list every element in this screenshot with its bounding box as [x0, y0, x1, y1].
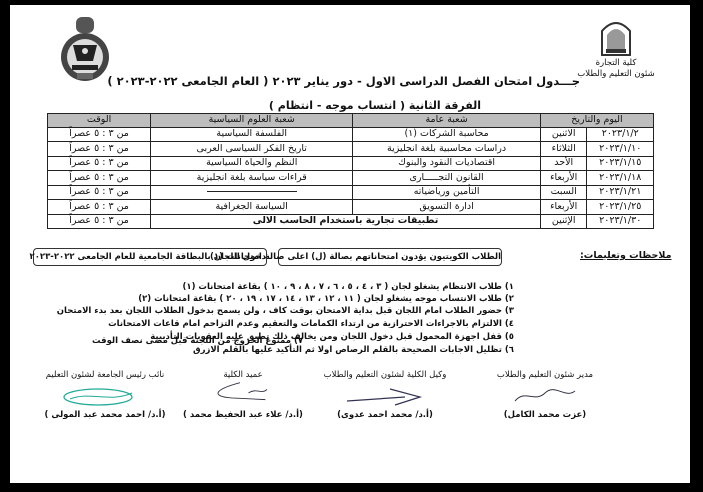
day-cell: الثلاثاء: [540, 142, 587, 157]
faculty-name-text: كلية التجارة: [570, 58, 662, 69]
table-row: ٢٠٢٣/١/٢ الاثنين محاسبة الشركات (١) الفل…: [48, 127, 654, 142]
politics-cell: النظم والحياة السياسية: [151, 156, 353, 171]
table-row: ٢٠٢٣/١/١٥ الأحد اقتصاديات النقود والبنوك…: [48, 156, 654, 171]
page-title: جـــدول امتحان الفصل الدراسى الاول - دور…: [150, 74, 580, 88]
time-cell: من ٣ : ٥ عصراً: [48, 156, 151, 171]
table-row: ٢٠٢٣/١/٣٠ الإثنين تطبيقات تجارية باستخدا…: [48, 214, 654, 229]
general-cell: ادارة التسويق: [353, 200, 541, 215]
time-cell: من ٣ : ٥ عصراً: [48, 171, 151, 186]
table-row: ٢٠٢٣/١/١٨ الأربعاء القانون التجـــــارى …: [48, 171, 654, 186]
date-cell: ٢٠٢٣/١/٢١: [587, 185, 654, 200]
merged-subject-cell: تطبيقات تجارية باستخدام الحاسب الالى: [151, 214, 541, 229]
signature-title-2: وكيل الكلية لشئون التعليم والطلاب: [310, 370, 460, 380]
politics-cell: تاريخ الفكر السياسى العربى: [151, 142, 353, 157]
general-cell: القانون التجـــــارى: [353, 171, 541, 186]
instruction-3: ٣) حضور الطلاب امام اللجان قبل بداية الا…: [57, 305, 514, 317]
time-cell: من ٣ : ٥ عصراً: [48, 214, 151, 229]
general-cell: محاسبة الشركات (١): [353, 127, 541, 142]
day-cell: الأربعاء: [540, 171, 587, 186]
table-row: ٢٠٢٣/١/٢٥ الأربعاء ادارة التسويق السياسة…: [48, 200, 654, 215]
department-name: شئون التعليم والطلاب: [570, 69, 662, 80]
politics-cell: قراءات سياسة بلغة انجليزية: [151, 171, 353, 186]
faculty-emblem-icon: [598, 17, 634, 57]
signature-title-3: عميد الكلية: [168, 370, 318, 380]
date-cell: ٢٠٢٣/١/٣٠: [587, 214, 654, 229]
signatory-name-1: (عزت محمد الكامل): [470, 410, 620, 420]
time-cell: من ٣ : ٥ عصراً: [48, 185, 151, 200]
signatory-name-2: (أ.د/ محمد احمد عدوى): [310, 410, 460, 420]
general-cell: دراسات محاسبية بلغة انجليزية: [353, 142, 541, 157]
day-cell: الاثنين: [540, 127, 587, 142]
politics-cell: الفلسفة السياسية: [151, 127, 353, 142]
table-header-row: اليوم والتاريخ شعبة عامة شعبة العلوم الس…: [48, 114, 654, 128]
instruction-6: ٦) تظليل الاجابات الصحيحة بالقلم الرصاص …: [193, 344, 514, 356]
date-cell: ٢٠٢٣/١/٢: [587, 127, 654, 142]
date-cell: ٢٠٢٣/١/١٨: [587, 171, 654, 186]
time-cell: من ٣ : ٥ عصراً: [48, 127, 151, 142]
day-cell: الأربعاء: [540, 200, 587, 215]
university-id-note-box: دخول اللجان بالبطاقة الجامعية للعام الجا…: [33, 248, 267, 266]
day-cell: السبت: [540, 185, 587, 200]
signature-title-4: نائب رئيس الجامعة لشئون التعليم: [30, 370, 180, 380]
header-day-date: اليوم والتاريخ: [540, 114, 653, 128]
document-page: كلية التجارة شئون التعليم والطلاب جـــدو…: [10, 5, 690, 483]
day-cell: الإثنين: [540, 214, 587, 229]
signature-mark-4-icon: [60, 385, 140, 407]
page-subtitle: الفرقة الثانية ( انتساب موجه - انتظام ): [210, 99, 540, 112]
exam-schedule-table: اليوم والتاريخ شعبة عامة شعبة العلوم الس…: [47, 113, 654, 229]
instruction-2: ٢) طلاب الانتساب موجه يشغلو لجان ( ١١ ، …: [138, 293, 514, 305]
university-seal-icon: [58, 15, 113, 87]
day-cell: الأحد: [540, 156, 587, 171]
signature-mark-1-icon: [505, 385, 585, 407]
instruction-4: ٤) الالتزام بالاجراءات الاحترازية من ارت…: [108, 318, 514, 330]
header-general: شعبة عامة: [353, 114, 541, 128]
signatory-name-4: (أ.د/ احمد محمد عبد المولى ): [30, 410, 180, 420]
table-row: ٢٠٢٣/١/٢١ السبت التأمين ورياضياته من ٣ :…: [48, 185, 654, 200]
empty-dash: [207, 191, 297, 192]
date-cell: ٢٠٢٣/١/١٠: [587, 142, 654, 157]
signature-mark-3-icon: [200, 381, 280, 403]
signature-mark-2-icon: [345, 385, 425, 407]
header-politics: شعبة العلوم السياسية: [151, 114, 353, 128]
signature-title-1: مدير شئون التعليم والطلاب: [470, 370, 620, 380]
politics-cell: السياسة الجغرافية: [151, 200, 353, 215]
faculty-name: كلية التجارة شئون التعليم والطلاب: [570, 58, 662, 80]
date-cell: ٢٠٢٣/١/١٥: [587, 156, 654, 171]
table-row: ٢٠٢٣/١/١٠ الثلاثاء دراسات محاسبية بلغة ا…: [48, 142, 654, 157]
header-time: الوقت: [48, 114, 151, 128]
date-cell: ٢٠٢٣/١/٢٥: [587, 200, 654, 215]
politics-cell-empty: [151, 185, 353, 200]
signatory-name-3: (أ.د/ علاء عبد الحفيظ محمد ): [168, 410, 318, 420]
instruction-1: ١) طلاب الانتظام يشغلو لجان ( ٣ ، ٤ ، ٥ …: [182, 281, 514, 293]
time-cell: من ٣ : ٥ عصراً: [48, 142, 151, 157]
general-cell: اقتصاديات النقود والبنوك: [353, 156, 541, 171]
notes-label: ملاحظات وتعليمات:: [580, 250, 672, 261]
time-cell: من ٣ : ٥ عصراً: [48, 200, 151, 215]
kuwaiti-students-note-box: الطلاب الكويتيون يؤدون امتحاناتهم بصالة …: [278, 248, 502, 266]
general-cell: التأمين ورياضياته: [353, 185, 541, 200]
